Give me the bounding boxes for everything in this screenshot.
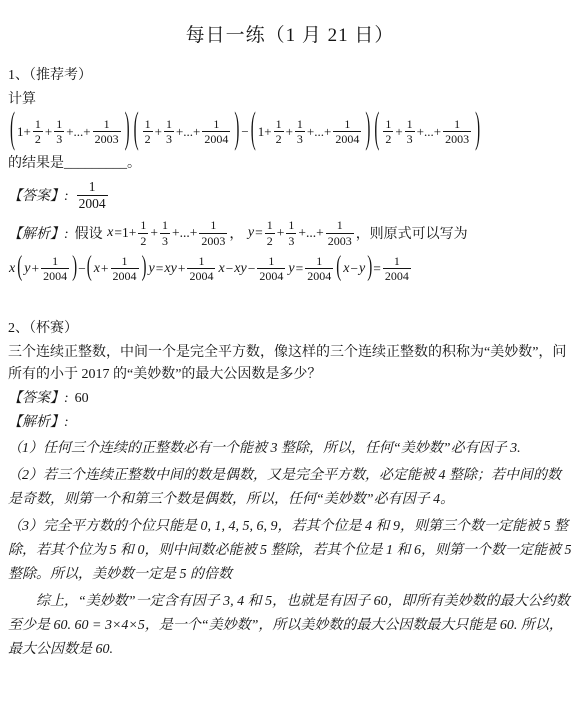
problem-1: 1、（推荐考） 计算 (1+12+13+...+12003)(12+13+...… [8, 65, 572, 284]
fraction-denominator: 2 [143, 131, 153, 146]
cjk-text: ， [229, 223, 247, 243]
fraction-denominator: 2004 [333, 131, 361, 146]
fraction-numerator: 1 [87, 179, 98, 195]
math-variable: xy [233, 261, 247, 277]
fraction-denominator: 2 [33, 131, 43, 146]
parenthesis: ) [365, 107, 370, 156]
fraction-numerator: 1 [164, 117, 174, 131]
parenthesis: ( [87, 253, 92, 285]
fraction: 12004 [257, 254, 285, 284]
fraction-numerator: 1 [266, 254, 276, 268]
math-text: +...+ [172, 225, 197, 241]
problem-1-analysis-line-1: 【解析】: 假设 x=1+12+13+...+12003， y=12+13+..… [8, 218, 572, 248]
fraction-numerator: 1 [314, 254, 324, 268]
problem-1-number: 1、（推荐考） [8, 65, 572, 87]
worksheet-page: 每日一练（1 月 21 日） 1、（推荐考） 计算 (1+12+13+...+1… [0, 0, 580, 662]
problem-2-answer-value: 60 [75, 391, 89, 406]
math-text: = [156, 261, 164, 277]
fraction-denominator: 3 [286, 233, 296, 248]
math-variable: y [287, 261, 295, 277]
math-text: − [248, 261, 256, 277]
fraction: 12003 [443, 117, 471, 147]
fraction: 12004 [202, 117, 230, 147]
math-text: +...+ [417, 124, 441, 140]
fraction: 12 [274, 117, 284, 147]
parenthesis: ( [17, 253, 22, 285]
fraction: 12004 [305, 254, 333, 284]
math-text: 1+ [17, 124, 31, 140]
math-variable: x [106, 225, 114, 241]
fraction: 12004 [333, 117, 361, 147]
problem-2-number: 2、（杯赛） [8, 318, 572, 340]
fraction-denominator: 2004 [187, 268, 215, 283]
math-text: − [78, 261, 86, 277]
fraction-numerator: 1 [383, 117, 393, 131]
math-text: + [155, 124, 162, 140]
problem-2-statement: 三个连续正整数，中间一个是完全平方数，像这样的三个连续正整数的积称为“美妙数”，… [8, 342, 572, 386]
fraction: 12004 [187, 254, 215, 284]
fraction-numerator: 1 [335, 218, 345, 232]
fraction-numerator: 1 [208, 218, 218, 232]
fraction-denominator: 3 [54, 131, 64, 146]
math-text: =1+ [114, 225, 136, 241]
fraction: 12 [143, 117, 153, 147]
fraction-denominator: 2 [383, 131, 393, 146]
fraction: 12004 [111, 254, 139, 284]
fraction-denominator: 2004 [111, 268, 139, 283]
parenthesis: ( [10, 107, 15, 156]
math-text: = [296, 261, 304, 277]
math-variable: y [148, 261, 156, 277]
fraction: 13 [164, 117, 174, 147]
page-title: 每日一练（1 月 21 日） [8, 20, 572, 47]
fraction-denominator: 2003 [199, 233, 227, 248]
fraction-denominator: 2003 [93, 131, 121, 146]
parenthesis: ) [72, 253, 77, 285]
fraction: 13 [160, 218, 170, 248]
analysis-label: 【解析】: [8, 223, 69, 243]
fraction: 13 [54, 117, 64, 147]
fraction-denominator: 2 [274, 131, 284, 146]
math-text: +...+ [66, 124, 90, 140]
math-text: +...+ [307, 124, 331, 140]
fraction-denominator: 2004 [77, 195, 108, 212]
math-text: + [178, 261, 186, 277]
problem-2-answer-row: 【答案】:60 [8, 388, 572, 410]
problem-1-prompt: 计算 [8, 89, 572, 111]
math-text: + [286, 124, 293, 140]
fraction-denominator: 2004 [383, 268, 411, 283]
fraction-numerator: 1 [342, 117, 352, 131]
parenthesis: ( [374, 107, 379, 156]
math-variable: y [358, 261, 366, 277]
fraction-denominator: 2003 [326, 233, 354, 248]
fraction: 12004 [77, 179, 108, 212]
analysis-point-2: （2）若三个连续正整数中间的数是偶数，又是完全平方数，必定能被 4 整除；若中间… [8, 464, 572, 512]
problem-1-formula: (1+12+13+...+12003)(12+13+...+12004)−(1+… [8, 117, 572, 147]
analysis-label: 【解析】: [8, 415, 69, 430]
fraction-numerator: 1 [274, 117, 284, 131]
fraction-denominator: 3 [164, 131, 174, 146]
math-variable: x [217, 261, 225, 277]
fraction-numerator: 1 [265, 218, 275, 232]
fraction-numerator: 1 [452, 117, 462, 131]
cjk-text: ，则原式可以写为 [356, 223, 468, 243]
fraction-numerator: 1 [50, 254, 60, 268]
fraction-denominator: 2004 [202, 131, 230, 146]
problem-1-analysis-line-2: x(y+12004)−(x+12004)y=xy+12004x−xy−12004… [8, 254, 572, 284]
math-variable: x [8, 261, 16, 277]
math-variable: y [247, 225, 255, 241]
fraction-numerator: 1 [138, 218, 148, 232]
fraction-numerator: 1 [286, 218, 296, 232]
fraction: 12003 [199, 218, 227, 248]
math-text: + [45, 124, 52, 140]
problem-2: 2、（杯赛） 三个连续正整数，中间一个是完全平方数，像这样的三个连续正整数的积称… [8, 318, 572, 662]
fraction: 12 [138, 218, 148, 248]
math-text: − [241, 124, 248, 140]
math-text: − [226, 261, 234, 277]
math-text: +...+ [298, 225, 323, 241]
fraction: 13 [286, 218, 296, 248]
analysis-point-3: （3）完全平方数的个位只能是 0, 1, 4, 5, 6, 9，若其个位是 4 … [8, 515, 572, 587]
fraction-denominator: 2 [265, 233, 275, 248]
fraction: 12004 [383, 254, 411, 284]
answer-label: 【答案】: [8, 391, 69, 406]
fraction-denominator: 3 [405, 131, 415, 146]
fraction: 12004 [41, 254, 69, 284]
fraction-numerator: 1 [160, 218, 170, 232]
math-text: +...+ [176, 124, 200, 140]
fraction: 12003 [93, 117, 121, 147]
math-variable: x [93, 261, 101, 277]
fraction: 12 [33, 117, 43, 147]
fraction-numerator: 1 [196, 254, 206, 268]
problem-1-analysis-formula-1: 假设 x=1+12+13+...+12003， y=12+13+...+1200… [75, 218, 468, 248]
fraction-numerator: 1 [392, 254, 402, 268]
fraction-denominator: 2004 [257, 268, 285, 283]
fraction: 12 [383, 117, 393, 147]
fraction-denominator: 3 [160, 233, 170, 248]
fraction-numerator: 1 [405, 117, 415, 131]
fraction-numerator: 1 [120, 254, 130, 268]
fraction-numerator: 1 [33, 117, 43, 131]
parenthesis: ( [134, 107, 139, 156]
parenthesis: ( [336, 253, 341, 285]
parenthesis: ) [234, 107, 239, 156]
fraction: 12 [265, 218, 275, 248]
fraction-numerator: 1 [295, 117, 305, 131]
fraction: 13 [405, 117, 415, 147]
analysis-label-row: 【解析】: [8, 412, 572, 434]
problem-1-answer-row: 【答案】: 12004 [8, 179, 572, 212]
fraction-denominator: 3 [295, 131, 305, 146]
fraction-denominator: 2003 [443, 131, 471, 146]
math-text: + [101, 261, 109, 277]
fraction-denominator: 2 [138, 233, 148, 248]
math-variable: x [342, 261, 350, 277]
cjk-text: 假设 [75, 223, 107, 243]
math-text: + [277, 225, 285, 241]
parenthesis: ( [251, 107, 256, 156]
parenthesis: ) [367, 253, 372, 285]
parenthesis: ) [125, 107, 130, 156]
fraction-numerator: 1 [54, 117, 64, 131]
fraction-denominator: 2004 [41, 268, 69, 283]
math-text: 1+ [258, 124, 272, 140]
math-text: + [395, 124, 402, 140]
problem-1-answer-fraction: 12004 [75, 179, 110, 212]
parenthesis: ) [475, 107, 480, 156]
fraction: 13 [295, 117, 305, 147]
analysis-conclusion: 综上，“美妙数”一定含有因子 3, 4 和 5，也就是有因子 60，即所有美妙数… [8, 590, 572, 662]
fraction: 12003 [326, 218, 354, 248]
answer-label: 【答案】: [8, 185, 69, 205]
parenthesis: ) [142, 253, 147, 285]
fraction-denominator: 2004 [305, 268, 333, 283]
fraction-numerator: 1 [143, 117, 153, 131]
math-variable: y [23, 261, 31, 277]
fraction-numerator: 1 [102, 117, 112, 131]
math-variable: xy [163, 261, 177, 277]
problem-1-result-line: 的结果是_________。 [8, 153, 572, 175]
fraction-numerator: 1 [211, 117, 221, 131]
math-text: − [350, 261, 358, 277]
math-text: + [150, 225, 158, 241]
math-text: + [31, 261, 39, 277]
math-text: = [373, 261, 381, 277]
math-text: = [255, 225, 263, 241]
analysis-point-1: （1）任何三个连续的正整数必有一个能被 3 整除，所以，任何“美妙数”必有因子 … [8, 437, 572, 461]
